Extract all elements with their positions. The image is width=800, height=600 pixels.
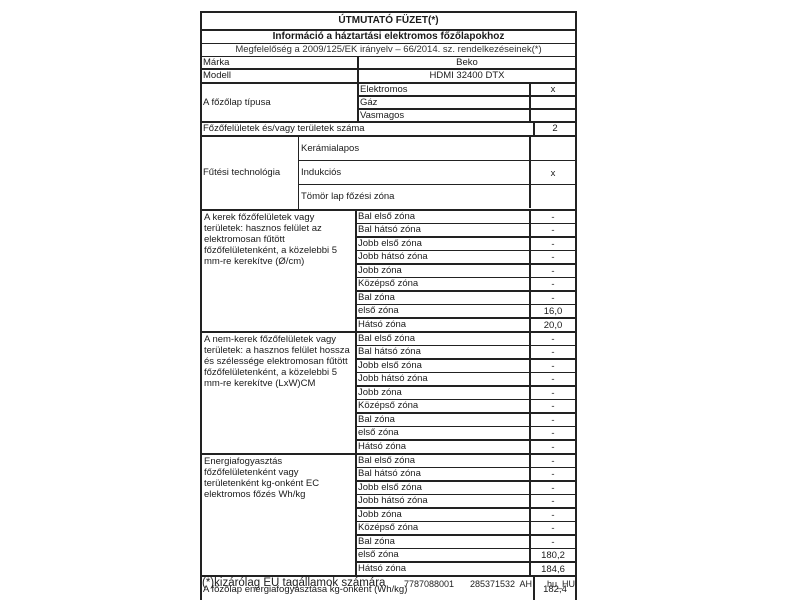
energy-zones-row: Jobb zóna-	[357, 507, 575, 521]
zone-name: Középső zóna	[357, 400, 529, 412]
zone-value: -	[529, 278, 575, 290]
nonround-zones-section: A nem-kerek főzőfelületek vagy területek…	[200, 331, 577, 453]
hob-type-option: Elektromosx	[359, 84, 575, 95]
round-zones-row: Jobb első zóna-	[357, 236, 575, 250]
zone-value: -	[529, 414, 575, 426]
nonround-zones-row: Bal első zóna-	[357, 333, 575, 345]
model-row: Modell HDMI 32400 DTX	[200, 68, 577, 82]
nonround-zones-row: Bal zóna-	[357, 412, 575, 426]
zone-value: -	[529, 251, 575, 263]
doc-subtitle: Információ a háztartási elektromos főzől…	[202, 31, 575, 43]
energy-zones-label: Energiafogyasztás főzőfelületenként vagy…	[202, 455, 355, 575]
nonround-zones-row: Hátsó zóna-	[357, 439, 575, 453]
zone-value: -	[529, 509, 575, 521]
energy-zones-row: Jobb első zóna-	[357, 480, 575, 494]
round-zones-row: Bal hátsó zóna-	[357, 223, 575, 236]
footer-code2: 285371532 AH	[470, 579, 532, 589]
round-zones-label: A kerek főzőfelületek vagy területek: ha…	[202, 211, 355, 331]
zone-name: Jobb zóna	[357, 509, 529, 521]
zone-name: Bal első zóna	[357, 333, 529, 345]
round-zones-row: Hátsó zóna20,0	[357, 317, 575, 331]
heating-options: KerámialaposIndukciósxTömör lap főzési z…	[298, 137, 575, 209]
zone-name: Bal hátsó zóna	[357, 224, 529, 236]
zone-value: -	[529, 265, 575, 277]
zone-name: Középső zóna	[357, 522, 529, 534]
zone-name: Jobb hátsó zóna	[357, 251, 529, 263]
model-label: Modell	[202, 70, 357, 82]
round-zones-row: Bal első zóna-	[357, 211, 575, 223]
zone-name: Jobb első zóna	[357, 238, 529, 250]
heating-option: Tömör lap főzési zóna	[299, 184, 575, 208]
zone-value: -	[529, 495, 575, 507]
regulation-row: Megfelelőség a 2009/125/EK irányelv – 66…	[200, 43, 577, 56]
heating-option-value: x	[529, 161, 575, 184]
zone-name: Hátsó zóna	[357, 563, 529, 575]
nonround-zones-row: Jobb hátsó zóna-	[357, 372, 575, 385]
energy-zones-row: Jobb hátsó zóna-	[357, 494, 575, 507]
heating-section: Fűtési technológia KerámialaposIndukciós…	[200, 135, 577, 209]
zone-value: 20,0	[529, 319, 575, 331]
brand-value: Beko	[357, 57, 575, 68]
zone-name: Jobb zóna	[357, 265, 529, 277]
zone-name: első zóna	[357, 305, 529, 317]
zone-name: Bal hátsó zóna	[357, 346, 529, 358]
zone-name: Hátsó zóna	[357, 441, 529, 453]
zone-value: -	[529, 441, 575, 453]
zone-name: első zóna	[357, 427, 529, 439]
zone-value: 16,0	[529, 305, 575, 317]
zone-value: -	[529, 387, 575, 399]
energy-zones-row: Bal hátsó zóna-	[357, 467, 575, 480]
round-zones-section: A kerek főzőfelületek vagy területek: ha…	[200, 209, 577, 331]
zone-count-value: 2	[533, 123, 575, 135]
zone-count-label: Főzőfelületek és/vagy területek száma	[202, 123, 533, 135]
zone-name: Bal hátsó zóna	[357, 468, 529, 480]
round-zones-row: Jobb hátsó zóna-	[357, 250, 575, 263]
nonround-zones-row: Középső zóna-	[357, 399, 575, 412]
zone-value: -	[529, 468, 575, 480]
energy-zones-row: első zóna180,2	[357, 548, 575, 561]
energy-zones-row: Bal zóna-	[357, 534, 575, 548]
footer-note: (*)kizárólag EU tagállamok számára	[202, 577, 385, 589]
heating-option-name: Indukciós	[299, 161, 529, 184]
hob-type-options: ElektromosxGázVasmagos	[357, 84, 575, 121]
nonround-zones-row: Jobb zóna-	[357, 385, 575, 399]
round-zones-row: első zóna16,0	[357, 304, 575, 317]
zone-name: első zóna	[357, 549, 529, 561]
zone-value: -	[529, 427, 575, 439]
zone-value: -	[529, 292, 575, 304]
footer-locale: hu_HU	[547, 579, 575, 589]
hob-type-option-name: Elektromos	[359, 84, 529, 95]
subtitle-row: Információ a háztartási elektromos főzől…	[200, 29, 577, 43]
zone-name: Bal zóna	[357, 414, 529, 426]
zone-value: -	[529, 373, 575, 385]
hob-type-option: Gáz	[359, 95, 575, 108]
zone-value: -	[529, 238, 575, 250]
heating-option-value	[529, 185, 575, 208]
zone-name: Jobb hátsó zóna	[357, 373, 529, 385]
zone-name: Jobb hátsó zóna	[357, 495, 529, 507]
brand-label: Márka	[202, 57, 357, 68]
zone-value: -	[529, 333, 575, 345]
zone-value: -	[529, 346, 575, 358]
zone-value: 184,6	[529, 563, 575, 575]
nonround-zones-label: A nem-kerek főzőfelületek vagy területek…	[202, 333, 355, 453]
zone-value: -	[529, 455, 575, 467]
product-fiche: ÚTMUTATÓ FÜZET(*) Információ a háztartás…	[200, 11, 577, 600]
nonround-zones-row: első zóna-	[357, 426, 575, 439]
energy-zones-row: Bal első zóna-	[357, 455, 575, 467]
doc-title: ÚTMUTATÓ FÜZET(*)	[202, 13, 575, 29]
zone-name: Bal zóna	[357, 536, 529, 548]
zone-name: Bal első zóna	[357, 211, 529, 223]
zone-value: -	[529, 522, 575, 534]
footer-code1: 7787088001	[404, 579, 454, 589]
zone-value: -	[529, 400, 575, 412]
zone-name: Hátsó zóna	[357, 319, 529, 331]
hob-type-option: Vasmagos	[359, 108, 575, 121]
round-zones-row: Jobb zóna-	[357, 263, 575, 277]
heating-option-value	[529, 137, 575, 160]
zone-name: Középső zóna	[357, 278, 529, 290]
energy-zones-section: Energiafogyasztás főzőfelületenként vagy…	[200, 453, 577, 575]
title-row: ÚTMUTATÓ FÜZET(*)	[200, 11, 577, 29]
model-value: HDMI 32400 DTX	[357, 70, 575, 82]
nonround-zones-row: Jobb első zóna-	[357, 358, 575, 372]
hob-type-option-value	[529, 110, 575, 121]
hob-type-option-name: Vasmagos	[359, 110, 529, 121]
zone-name: Bal első zóna	[357, 455, 529, 467]
hob-type-label: A főzőlap típusa	[202, 84, 357, 121]
heating-option: Kerámialapos	[299, 137, 575, 160]
zone-value: -	[529, 536, 575, 548]
zone-count-row: Főzőfelületek és/vagy területek száma 2	[200, 121, 577, 135]
round-zones-row: Középső zóna-	[357, 277, 575, 290]
zone-name: Bal zóna	[357, 292, 529, 304]
zone-value: 180,2	[529, 549, 575, 561]
hob-type-option-value: x	[529, 84, 575, 95]
heating-option-name: Kerámialapos	[299, 137, 529, 160]
zone-value: -	[529, 211, 575, 223]
zone-name: Jobb zóna	[357, 387, 529, 399]
hob-type-section: A főzőlap típusa ElektromosxGázVasmagos	[200, 82, 577, 121]
nonround-zones-row: Bal hátsó zóna-	[357, 345, 575, 358]
zone-name: Jobb első zóna	[357, 360, 529, 372]
heating-label: Fűtési technológia	[202, 137, 298, 209]
zone-name: Jobb első zóna	[357, 482, 529, 494]
hob-type-option-name: Gáz	[359, 97, 529, 108]
round-zones-row: Bal zóna-	[357, 290, 575, 304]
regulation-text: Megfelelőség a 2009/125/EK irányelv – 66…	[202, 44, 575, 56]
energy-zones-row: Középső zóna-	[357, 521, 575, 534]
hob-type-option-value	[529, 97, 575, 108]
heating-option: Indukciósx	[299, 160, 575, 184]
zone-value: -	[529, 224, 575, 236]
zone-value: -	[529, 360, 575, 372]
zone-value: -	[529, 482, 575, 494]
heating-option-name: Tömör lap főzési zóna	[299, 185, 529, 208]
brand-row: Márka Beko	[200, 56, 577, 68]
energy-zones-row: Hátsó zóna184,6	[357, 561, 575, 575]
